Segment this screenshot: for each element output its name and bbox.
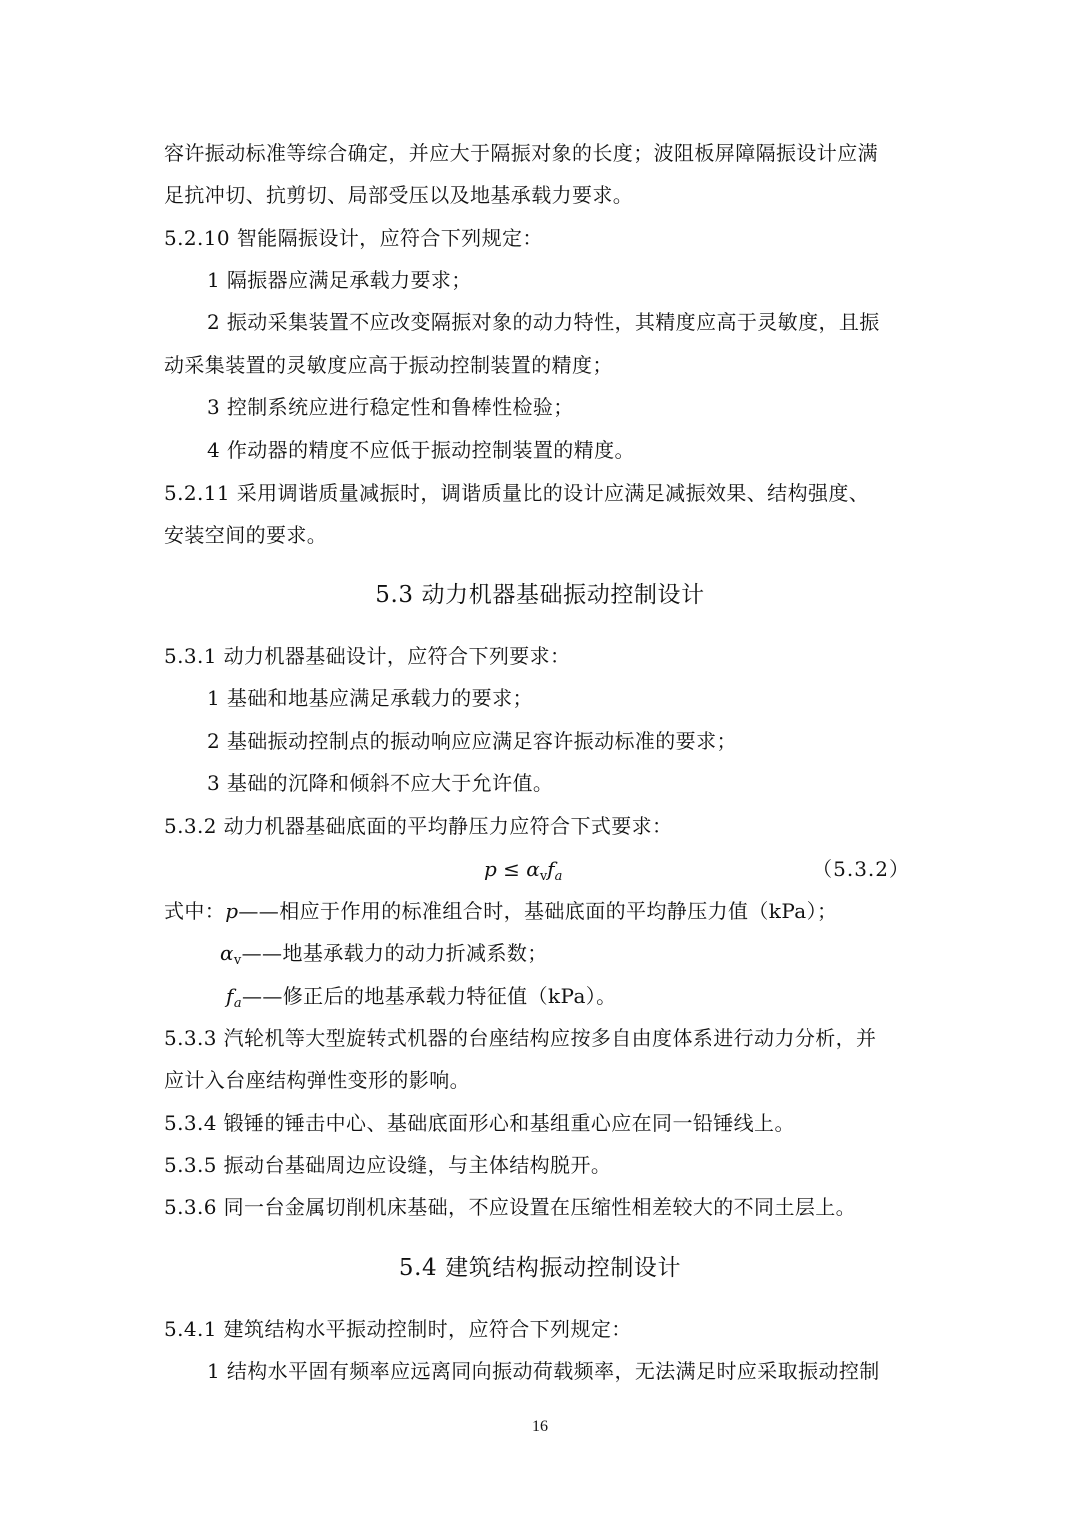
- paragraph-line: 动采集装置的灵敏度应高于振动控制装置的精度；: [164, 351, 924, 379]
- clause-5-3-2: 5.3.2 动力机器基础底面的平均静压力应符合下式要求：: [164, 812, 924, 840]
- list-item: 1 基础和地基应满足承载力的要求；: [207, 684, 967, 712]
- list-item: 2 基础振动控制点的振动响应应满足容许振动标准的要求；: [207, 727, 967, 755]
- clause-5-3-1: 5.3.1 动力机器基础设计，应符合下列要求：: [164, 642, 924, 670]
- formula-number: （5.3.2）: [812, 855, 910, 883]
- paragraph-line: 足抗冲切、抗剪切、局部受压以及地基承载力要求。: [164, 181, 924, 209]
- list-item: 1 隔振器应满足承载力要求；: [207, 266, 967, 294]
- paragraph-line: 容许振动标准等综合确定，并应大于隔振对象的长度；波阻板屏障隔振设计应满: [164, 139, 924, 167]
- list-item: 3 基础的沉降和倾斜不应大于允许值。: [207, 769, 967, 797]
- paragraph-line: 应计入台座结构弹性变形的影响。: [164, 1066, 924, 1094]
- section-heading-5-4: 5.4 建筑结构振动控制设计: [0, 1252, 1080, 1284]
- section-heading-5-3: 5.3 动力机器基础振动控制设计: [0, 579, 1080, 611]
- clause-5-3-4: 5.3.4 锻锤的锤击中心、基础底面形心和基组重心应在同一铅锤线上。: [164, 1109, 924, 1137]
- page-number: 16: [0, 1418, 1080, 1436]
- list-item: 2 振动采集装置不应改变隔振对象的动力特性，其精度应高于灵敏度，且振: [207, 308, 967, 336]
- formula-expression: p ≤ αvfa: [484, 855, 562, 891]
- paragraph-line: 安装空间的要求。: [164, 521, 924, 549]
- list-item: 4 作动器的精度不应低于振动控制装置的精度。: [207, 436, 967, 464]
- variable-definition: 式中：p——相应于作用的标准组合时，基础底面的平均静压力值（kPa）；: [164, 897, 924, 925]
- list-item: 1 结构水平固有频率应远离同向振动荷载频率，无法满足时应采取振动控制: [207, 1357, 967, 1385]
- clause-5-2-10: 5.2.10 智能隔振设计，应符合下列规定：: [164, 224, 924, 252]
- clause-5-3-5: 5.3.5 振动台基础周边应设缝，与主体结构脱开。: [164, 1151, 924, 1179]
- clause-5-3-3: 5.3.3 汽轮机等大型旋转式机器的台座结构应按多自由度体系进行动力分析，并: [164, 1024, 924, 1052]
- document-page: 容许振动标准等综合确定，并应大于隔振对象的长度；波阻板屏障隔振设计应满 足抗冲切…: [0, 0, 1080, 1528]
- variable-definition: αv——地基承载力的动力折减系数；: [220, 939, 980, 975]
- list-item: 3 控制系统应进行稳定性和鲁棒性检验；: [207, 393, 967, 421]
- clause-5-4-1: 5.4.1 建筑结构水平振动控制时，应符合下列规定：: [164, 1315, 924, 1343]
- formula-5-3-2: p ≤ αvfa （5.3.2）: [164, 855, 916, 883]
- clause-5-2-11: 5.2.11 采用调谐质量减振时，调谐质量比的设计应满足减振效果、结构强度、: [164, 479, 924, 507]
- variable-definition: fa——修正后的地基承载力特征值（kPa）。: [226, 982, 986, 1018]
- clause-5-3-6: 5.3.6 同一台金属切削机床基础，不应设置在压缩性相差较大的不同土层上。: [164, 1193, 924, 1221]
